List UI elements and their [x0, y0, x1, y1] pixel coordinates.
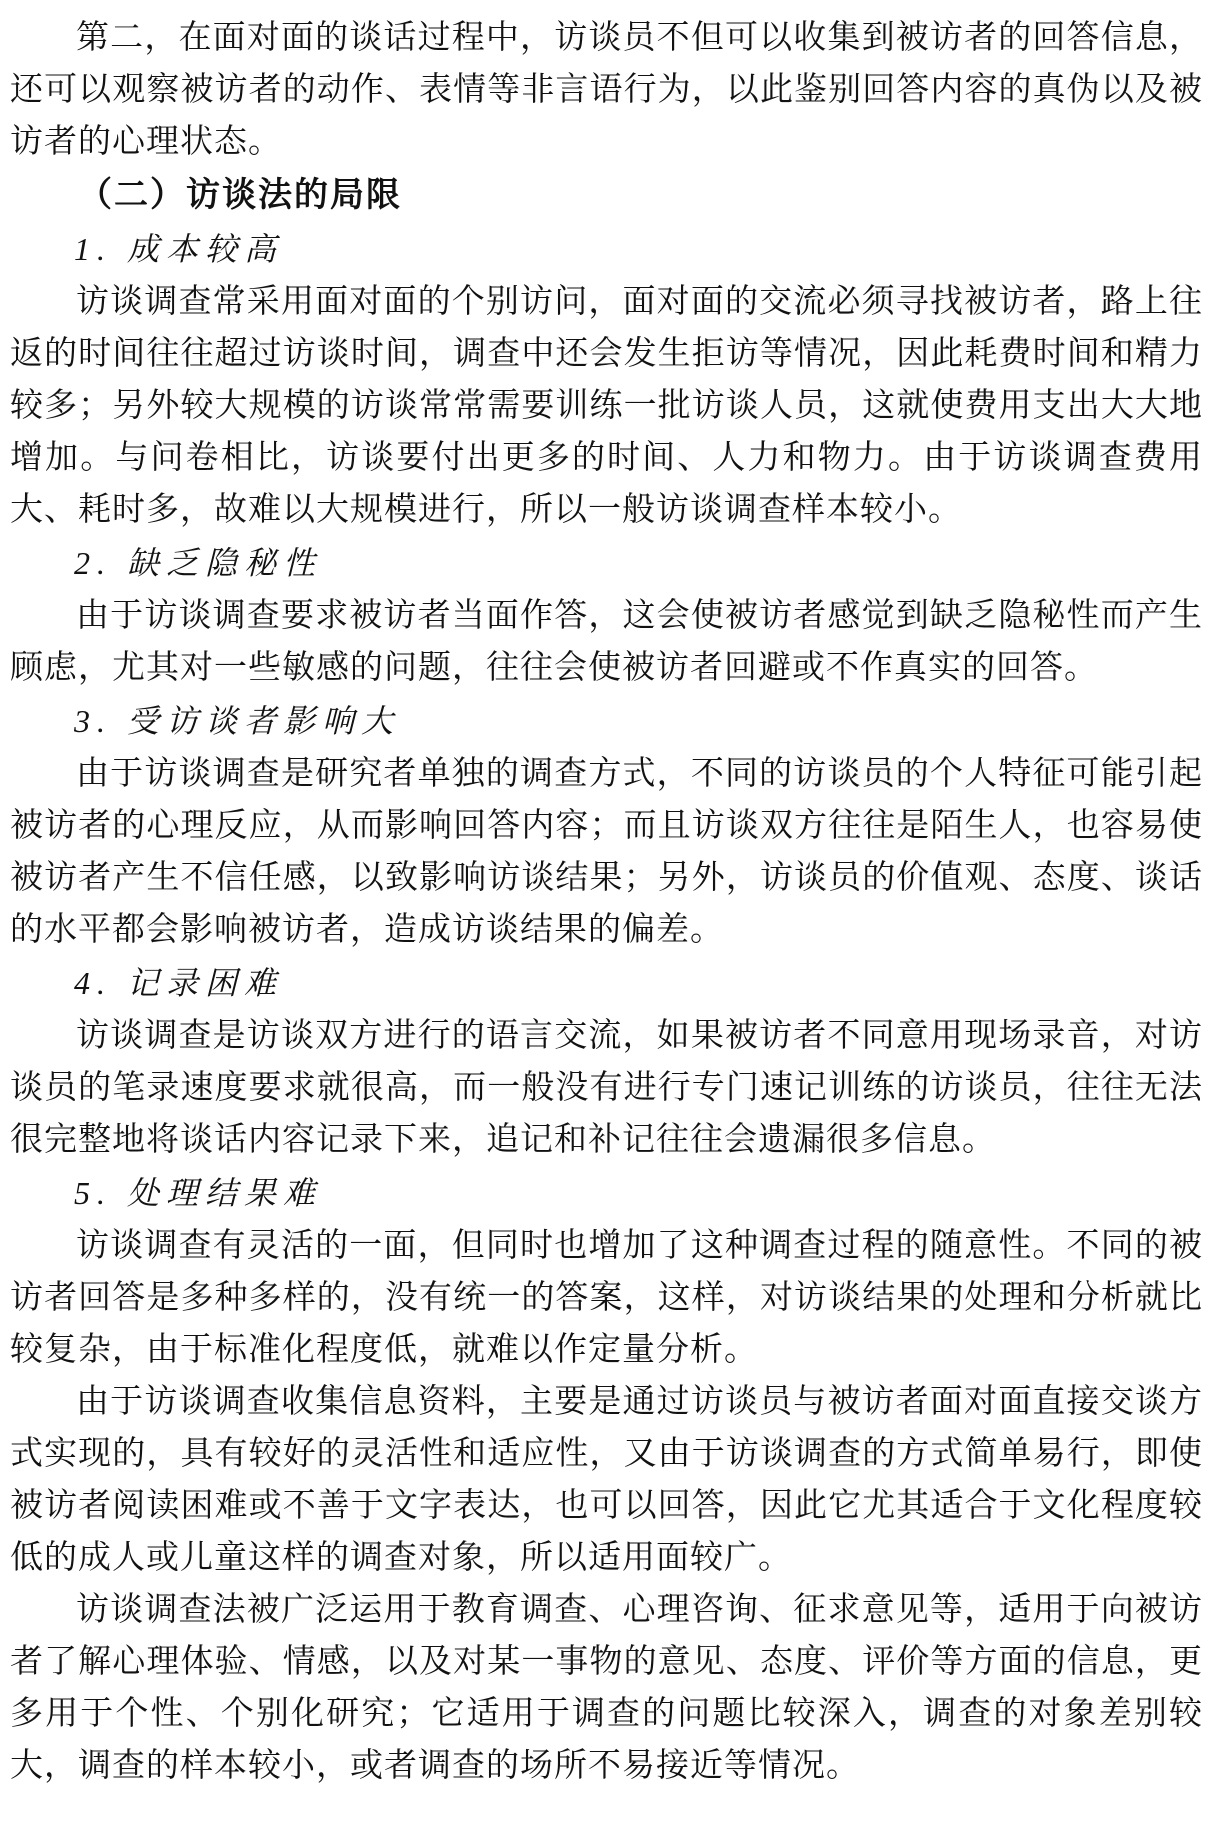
section-heading-limitations: （二）访谈法的局限	[10, 168, 1203, 222]
paragraph-interviewer-influence: 由于访谈调查是研究者单独的调查方式，不同的访谈员的个人特征可能引起被访者的心理反…	[10, 748, 1203, 956]
subheading-4-recording-difficulty: 4. 记录困难	[10, 956, 1203, 1010]
paragraph-application-scope: 访谈调查法被广泛运用于教育调查、心理咨询、征求意见等，适用于向被访者了解心理体验…	[10, 1584, 1203, 1792]
paragraph-high-cost: 访谈调查常采用面对面的个别访问，面对面的交流必须寻找被访者，路上往返的时间往往超…	[10, 276, 1203, 536]
subheading-5-result-processing: 5. 处理结果难	[10, 1166, 1203, 1220]
subheading-1-high-cost: 1. 成本较高	[10, 222, 1203, 276]
paragraph-flexibility-applicability: 由于访谈调查收集信息资料，主要是通过访谈员与被访者面对面直接交谈方式实现的，具有…	[10, 1376, 1203, 1584]
paragraph-recording-difficulty: 访谈调查是访谈双方进行的语言交流，如果被访者不同意用现场录音，对访谈员的笔录速度…	[10, 1010, 1203, 1166]
paragraph-advantage-2: 第二，在面对面的谈话过程中，访谈员不但可以收集到被访者的回答信息，还可以观察被访…	[10, 12, 1203, 168]
book-page: 第二，在面对面的谈话过程中，访谈员不但可以收集到被访者的回答信息，还可以观察被访…	[0, 0, 1219, 1822]
subheading-2-lack-of-privacy: 2. 缺乏隐秘性	[10, 536, 1203, 590]
paragraph-result-processing: 访谈调查有灵活的一面，但同时也增加了这种调查过程的随意性。不同的被访者回答是多种…	[10, 1220, 1203, 1376]
paragraph-lack-of-privacy: 由于访谈调查要求被访者当面作答，这会使被访者感觉到缺乏隐秘性而产生顾虑，尤其对一…	[10, 590, 1203, 694]
subheading-3-interviewer-influence: 3. 受访谈者影响大	[10, 694, 1203, 748]
